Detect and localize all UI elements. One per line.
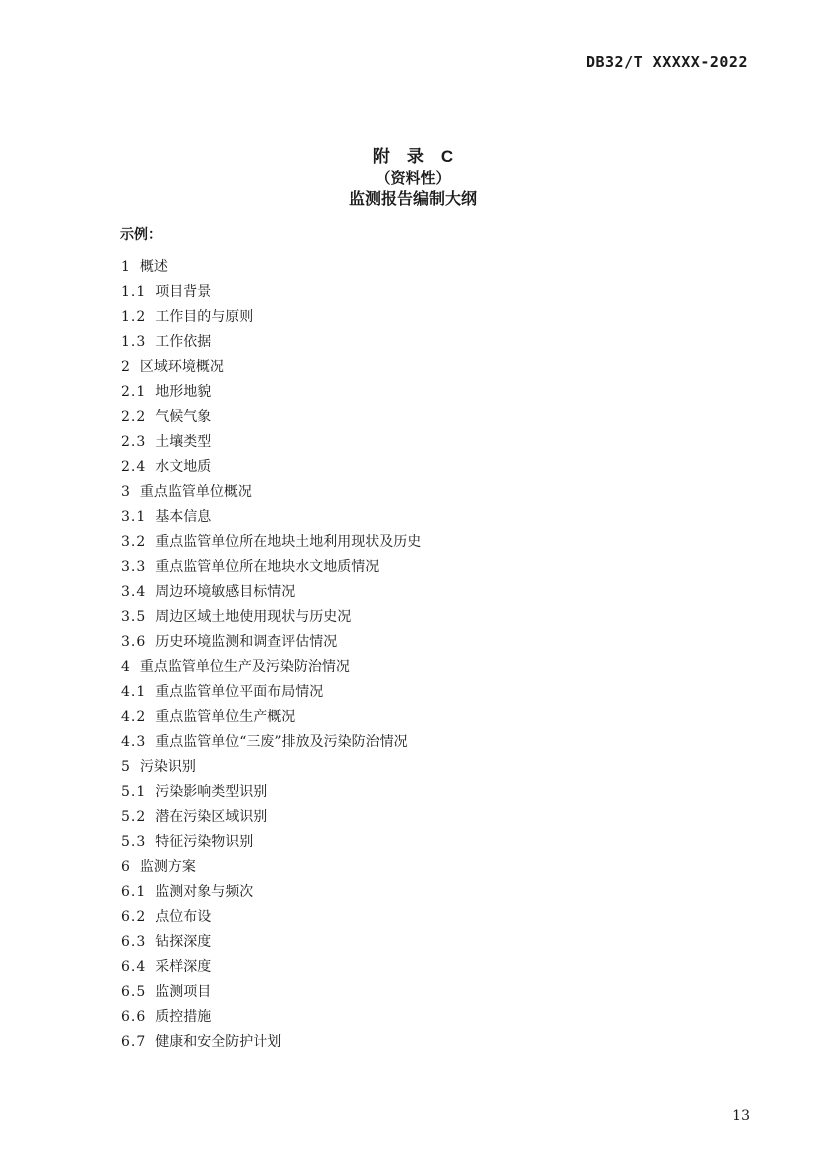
outline-item-number: 3.5	[121, 605, 146, 630]
outline-item-text: 项目背景	[155, 284, 211, 300]
outline-item-text: 水文地质	[155, 459, 211, 475]
outline-item: 3.5周边区域土地使用现状与历史况	[121, 605, 766, 630]
outline-item-text: 监测方案	[140, 859, 196, 875]
outline-item: 3.3重点监管单位所在地块水文地质情况	[121, 555, 766, 580]
outline-item-number: 2.2	[121, 405, 146, 430]
outline-item-number: 5.3	[121, 830, 146, 855]
outline-item-text: 健康和安全防护计划	[155, 1034, 281, 1050]
outline-item-number: 1	[121, 255, 131, 280]
outline-item-number: 3.6	[121, 630, 146, 655]
outline-item-text: 历史环境监测和调查评估情况	[155, 634, 337, 650]
outline-item: 6.5监测项目	[121, 980, 766, 1005]
outline-item-number: 6.6	[121, 1005, 146, 1030]
appendix-title: 附 录 C	[0, 146, 826, 168]
outline-item-number: 4.3	[121, 730, 146, 755]
outline-item: 5.1污染影响类型识别	[121, 780, 766, 805]
outline-item: 6.3钻探深度	[121, 930, 766, 955]
outline-item-text: 采样深度	[155, 959, 211, 975]
outline-item-number: 1.1	[121, 280, 146, 305]
outline-item-number: 5.1	[121, 780, 146, 805]
example-label: 示例：	[120, 224, 162, 244]
outline-item-number: 3.4	[121, 580, 146, 605]
outline-item-number: 2.3	[121, 430, 146, 455]
outline-item-number: 6	[121, 855, 131, 880]
outline-item: 2.2气候气象	[121, 405, 766, 430]
outline-item-text: 土壤类型	[155, 434, 211, 450]
outline-item: 3重点监管单位概况	[121, 480, 766, 505]
outline-item-number: 4.2	[121, 705, 146, 730]
outline-item-number: 6.1	[121, 880, 146, 905]
outline-item-number: 6.2	[121, 905, 146, 930]
outline-item-number: 1.2	[121, 305, 146, 330]
document-page: DB32/T XXXXX-2022 附 录 C （资料性） 监测报告编制大纲 示…	[0, 0, 826, 1169]
outline-item-number: 5.2	[121, 805, 146, 830]
outline-item-text: 重点监管单位所在地块土地利用现状及历史	[155, 534, 421, 550]
outline-item-text: 周边区域土地使用现状与历史况	[155, 609, 351, 625]
outline-item-text: 概述	[140, 259, 168, 275]
outline-item-text: 工作目的与原则	[155, 309, 253, 325]
outline-item-text: 气候气象	[155, 409, 211, 425]
outline-item: 2.4水文地质	[121, 455, 766, 480]
outline-item-text: 地形地貌	[155, 384, 211, 400]
outline-list: 1概述1.1项目背景1.2工作目的与原则1.3工作依据2区域环境概况2.1地形地…	[121, 255, 766, 1055]
outline-item-text: 监测对象与频次	[155, 884, 253, 900]
outline-item: 1.3工作依据	[121, 330, 766, 355]
outline-item-number: 6.7	[121, 1030, 146, 1055]
outline-item: 3.6历史环境监测和调查评估情况	[121, 630, 766, 655]
outline-item-text: 重点监管单位生产及污染防治情况	[140, 659, 350, 675]
outline-item: 4.2重点监管单位生产概况	[121, 705, 766, 730]
outline-item: 3.1基本信息	[121, 505, 766, 530]
outline-item: 5.2潜在污染区域识别	[121, 805, 766, 830]
outline-item-text: 污染识别	[140, 759, 196, 775]
outline-item: 5污染识别	[121, 755, 766, 780]
outline-item-text: 区域环境概况	[140, 359, 224, 375]
outline-item-number: 5	[121, 755, 131, 780]
outline-item-number: 6.4	[121, 955, 146, 980]
outline-item-text: 工作依据	[155, 334, 211, 350]
outline-item-number: 2.4	[121, 455, 146, 480]
outline-item-text: 重点监管单位概况	[140, 484, 252, 500]
outline-item-number: 3	[121, 480, 131, 505]
outline-item: 2.1地形地貌	[121, 380, 766, 405]
outline-item-text: 重点监管单位生产概况	[155, 709, 295, 725]
outline-item: 1.1项目背景	[121, 280, 766, 305]
outline-item-number: 3.2	[121, 530, 146, 555]
outline-item: 3.4周边环境敏感目标情况	[121, 580, 766, 605]
outline-item-number: 1.3	[121, 330, 146, 355]
outline-item: 5.3特征污染物识别	[121, 830, 766, 855]
outline-item: 6.1监测对象与频次	[121, 880, 766, 905]
appendix-heading: 监测报告编制大纲	[0, 189, 826, 210]
outline-item-text: 重点监管单位所在地块水文地质情况	[155, 559, 379, 575]
outline-item-number: 6.3	[121, 930, 146, 955]
page-number: 13	[732, 1108, 750, 1124]
outline-item: 6.6质控措施	[121, 1005, 766, 1030]
outline-item-text: 重点监管单位平面布局情况	[155, 684, 323, 700]
outline-item: 6.4采样深度	[121, 955, 766, 980]
outline-item: 6.7健康和安全防护计划	[121, 1030, 766, 1055]
outline-item: 1概述	[121, 255, 766, 280]
outline-item-text: 点位布设	[155, 909, 211, 925]
outline-item: 6.2点位布设	[121, 905, 766, 930]
outline-item: 2.3土壤类型	[121, 430, 766, 455]
outline-item-text: 潜在污染区域识别	[155, 809, 267, 825]
outline-item-number: 3.3	[121, 555, 146, 580]
outline-item-text: 重点监管单位“三废”排放及污染防治情况	[155, 734, 407, 750]
outline-item-number: 2.1	[121, 380, 146, 405]
outline-item: 1.2工作目的与原则	[121, 305, 766, 330]
standard-code: DB32/T XXXXX-2022	[586, 53, 748, 71]
appendix-subtitle: （资料性）	[0, 168, 826, 189]
outline-item-text: 污染影响类型识别	[155, 784, 267, 800]
outline-item-number: 4.1	[121, 680, 146, 705]
outline-item: 4.3重点监管单位“三废”排放及污染防治情况	[121, 730, 766, 755]
outline-item-text: 监测项目	[155, 984, 211, 1000]
appendix-title-block: 附 录 C （资料性） 监测报告编制大纲	[0, 146, 826, 210]
outline-item: 4重点监管单位生产及污染防治情况	[121, 655, 766, 680]
outline-item-number: 6.5	[121, 980, 146, 1005]
outline-item: 3.2重点监管单位所在地块土地利用现状及历史	[121, 530, 766, 555]
outline-item-text: 基本信息	[155, 509, 211, 525]
outline-item-text: 特征污染物识别	[155, 834, 253, 850]
outline-item-text: 质控措施	[155, 1009, 211, 1025]
outline-item: 6监测方案	[121, 855, 766, 880]
outline-item: 4.1重点监管单位平面布局情况	[121, 680, 766, 705]
outline-item-number: 4	[121, 655, 131, 680]
outline-item-text: 钻探深度	[155, 934, 211, 950]
outline-item-number: 3.1	[121, 505, 146, 530]
outline-item: 2区域环境概况	[121, 355, 766, 380]
outline-item-number: 2	[121, 355, 131, 380]
outline-item-text: 周边环境敏感目标情况	[155, 584, 295, 600]
